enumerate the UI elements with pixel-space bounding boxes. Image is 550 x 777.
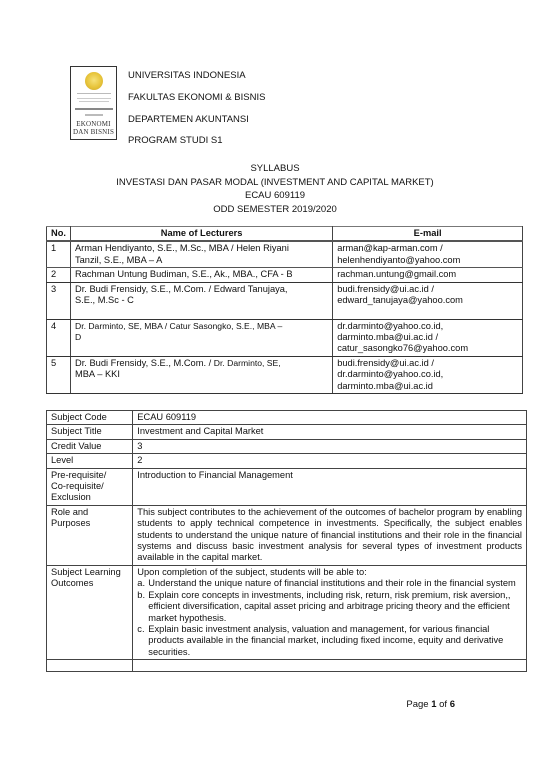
table-row: Level 2 [47, 454, 527, 468]
lecturer-no: 1 [47, 241, 71, 267]
title-course-code: ECAU 609119 [0, 189, 550, 203]
credit-value-label: Credit Value [47, 439, 133, 453]
logo-text-line1: EKONOMI [71, 120, 116, 128]
logo-text: EKONOMI DAN BISNIS [71, 120, 116, 136]
learning-outcome-text: Explain basic investment analysis, valua… [148, 624, 522, 658]
email-link[interactable]: darminto.mba@ui.ac.id / [337, 332, 518, 343]
logo-university-name-mark [77, 93, 111, 99]
lecturer-name: Arman Hendiyanto, S.E., M.Sc., MBA / Hel… [70, 241, 332, 267]
lecturer-no: 2 [47, 268, 71, 282]
table-row: 1 Arman Hendiyanto, S.E., M.Sc., MBA / H… [47, 241, 523, 267]
header-university: UNIVERSITAS INDONESIA [128, 70, 246, 81]
lecturer-name-line: Rachman Untung Budiman, S.E., Ak., MBA.,… [75, 269, 328, 280]
table-row: Subject Title Investment and Capital Mar… [47, 425, 527, 439]
list-marker: a. [137, 578, 148, 589]
subject-title-value: Investment and Capital Market [133, 425, 527, 439]
lecturer-name: Dr. Budi Frensidy, S.E., M.Com. / Edward… [70, 282, 332, 319]
table-row: Pre-requisite/ Co-requisite/ Exclusion I… [47, 468, 527, 505]
subject-title-label: Subject Title [47, 425, 133, 439]
email-link[interactable]: dr.darminto@yahoo.co.id, [337, 321, 518, 332]
lecturer-email: budi.frensidy@ui.ac.id / edward_tanujaya… [333, 282, 523, 319]
lecturer-name: Dr. Budi Frensidy, S.E., M.Com. / Dr. Da… [70, 356, 332, 393]
prerequisite-label: Pre-requisite/ Co-requisite/ Exclusion [47, 468, 133, 505]
header-program: PROGRAM STUDI S1 [128, 135, 223, 146]
prerequisite-label-line: Pre-requisite/ [51, 470, 128, 481]
lecturer-name-part: Dr. Budi Frensidy, S.E., M.Com. / [75, 358, 214, 368]
list-marker: c. [137, 624, 148, 658]
page-number-prefix: Page [406, 699, 431, 710]
learning-outcomes-label: Subject Learning Outcomes [47, 565, 133, 659]
email-link[interactable]: edward_tanujaya@yahoo.com [337, 295, 518, 306]
empty-cell [47, 660, 133, 672]
column-header-no: No. [47, 227, 71, 242]
header-department: DEPARTEMEN AKUNTANSI [128, 114, 249, 125]
credit-value: 3 [133, 439, 527, 453]
page-number: Page 1 of 6 [406, 699, 455, 710]
table-row: Subject Code ECAU 609119 [47, 411, 527, 425]
university-seal-icon [85, 72, 103, 90]
subject-code-label: Subject Code [47, 411, 133, 425]
learning-outcomes-label-line: Subject Learning [51, 567, 128, 578]
syllabus-title: SYLLABUS INVESTASI DAN PASAR MODAL (INVE… [0, 162, 550, 216]
lecturer-name-line: Tanzil, S.E., MBA – A [75, 255, 328, 266]
learning-outcome-text: Understand the unique nature of financia… [148, 578, 522, 589]
learning-outcomes-value: Upon completion of the subject, students… [133, 565, 527, 659]
email-link[interactable]: darminto.mba@ui.ac.id [337, 381, 518, 392]
title-syllabus: SYLLABUS [0, 162, 550, 176]
title-course-name: INVESTASI DAN PASAR MODAL (INVESTMENT AN… [0, 176, 550, 190]
logo-faculty-mark [85, 114, 103, 116]
lecturer-name-line: Dr. Budi Frensidy, S.E., M.Com. / Dr. Da… [75, 358, 328, 369]
lecturer-no: 4 [47, 319, 71, 356]
learning-outcomes-label-line: Outcomes [51, 578, 128, 589]
lecturer-name: Rachman Untung Budiman, S.E., Ak., MBA.,… [70, 268, 332, 282]
role-purposes-value: This subject contributes to the achievem… [133, 505, 527, 565]
email-link[interactable]: dr.darminto@yahoo.co.id, [337, 369, 518, 380]
column-header-name: Name of Lecturers [70, 227, 332, 242]
learning-outcome-item: b. Explain core concepts in investments,… [137, 590, 522, 624]
logo-text-line2: DAN BISNIS [71, 128, 116, 136]
table-row: 3 Dr. Budi Frensidy, S.E., M.Com. / Edwa… [47, 282, 523, 319]
learning-outcome-item: c. Explain basic investment analysis, va… [137, 624, 522, 658]
document-page: EKONOMI DAN BISNIS UNIVERSITAS INDONESIA… [0, 0, 550, 777]
email-link[interactable]: arman@kap-arman.com / [337, 243, 518, 254]
lecturer-name-part: Dr. Darminto, SE, [214, 358, 281, 368]
learning-outcome-item: a. Understand the unique nature of finan… [137, 578, 522, 589]
lecturer-name: Dr. Darminto, SE, MBA / Catur Sasongko, … [70, 319, 332, 356]
table-row: 2 Rachman Untung Budiman, S.E., Ak., MBA… [47, 268, 523, 282]
email-link[interactable]: helenhendiyanto@yahoo.com [337, 255, 518, 266]
lecturer-name-line: Dr. Budi Frensidy, S.E., M.Com. / Edward… [75, 284, 328, 295]
lecturers-table: No. Name of Lecturers E-mail 1 Arman Hen… [46, 226, 523, 394]
table-row [47, 660, 527, 672]
level-value: 2 [133, 454, 527, 468]
lecturer-no: 3 [47, 282, 71, 319]
level-label: Level [47, 454, 133, 468]
lecturers-header-row: No. Name of Lecturers E-mail [47, 227, 523, 242]
lecturer-name-line: S.E., M.Sc - C [75, 295, 328, 306]
page-number-of: of [437, 699, 450, 710]
prerequisite-label-line: Exclusion [51, 492, 128, 503]
lecturer-email: budi.frensidy@ui.ac.id / dr.darminto@yah… [333, 356, 523, 393]
table-row: Credit Value 3 [47, 439, 527, 453]
learning-outcomes-intro: Upon completion of the subject, students… [137, 567, 522, 578]
email-link[interactable]: budi.frensidy@ui.ac.id / [337, 358, 518, 369]
header-faculty: FAKULTAS EKONOMI & BISNIS [128, 92, 265, 103]
faculty-logo: EKONOMI DAN BISNIS [70, 66, 117, 140]
subject-info-table: Subject Code ECAU 609119 Subject Title I… [46, 410, 527, 672]
email-link[interactable]: rachman.untung@gmail.com [337, 269, 518, 280]
lecturer-no: 5 [47, 356, 71, 393]
column-header-email: E-mail [333, 227, 523, 242]
table-row: 4 Dr. Darminto, SE, MBA / Catur Sasongko… [47, 319, 523, 356]
page-total: 6 [450, 699, 455, 710]
logo-motto-mark [79, 101, 109, 105]
table-row: Role and Purposes This subject contribut… [47, 505, 527, 565]
lecturer-name-line: Arman Hendiyanto, S.E., M.Sc., MBA / Hel… [75, 243, 328, 254]
email-link[interactable]: catur_sasongko76@yahoo.com [337, 343, 518, 354]
subject-code-value: ECAU 609119 [133, 411, 527, 425]
role-purposes-label: Role and Purposes [47, 505, 133, 565]
table-row: 5 Dr. Budi Frensidy, S.E., M.Com. / Dr. … [47, 356, 523, 393]
prerequisite-value: Introduction to Financial Management [133, 468, 527, 505]
lecturer-email: rachman.untung@gmail.com [333, 268, 523, 282]
lecturer-email: dr.darminto@yahoo.co.id, darminto.mba@ui… [333, 319, 523, 356]
table-row: Subject Learning Outcomes Upon completio… [47, 565, 527, 659]
title-semester: ODD SEMESTER 2019/2020 [0, 203, 550, 217]
learning-outcome-text: Explain core concepts in investments, in… [148, 590, 522, 624]
email-link[interactable]: budi.frensidy@ui.ac.id / [337, 284, 518, 295]
prerequisite-label-line: Co-requisite/ [51, 481, 128, 492]
lecturer-name-line: Dr. Darminto, SE, MBA / Catur Sasongko, … [75, 321, 328, 332]
logo-divider [75, 108, 113, 110]
empty-cell [133, 660, 527, 672]
list-marker: b. [137, 590, 148, 624]
lecturer-name-line: D [75, 332, 328, 343]
lecturer-email: arman@kap-arman.com / helenhendiyanto@ya… [333, 241, 523, 267]
lecturer-name-line: MBA – KKI [75, 369, 328, 380]
